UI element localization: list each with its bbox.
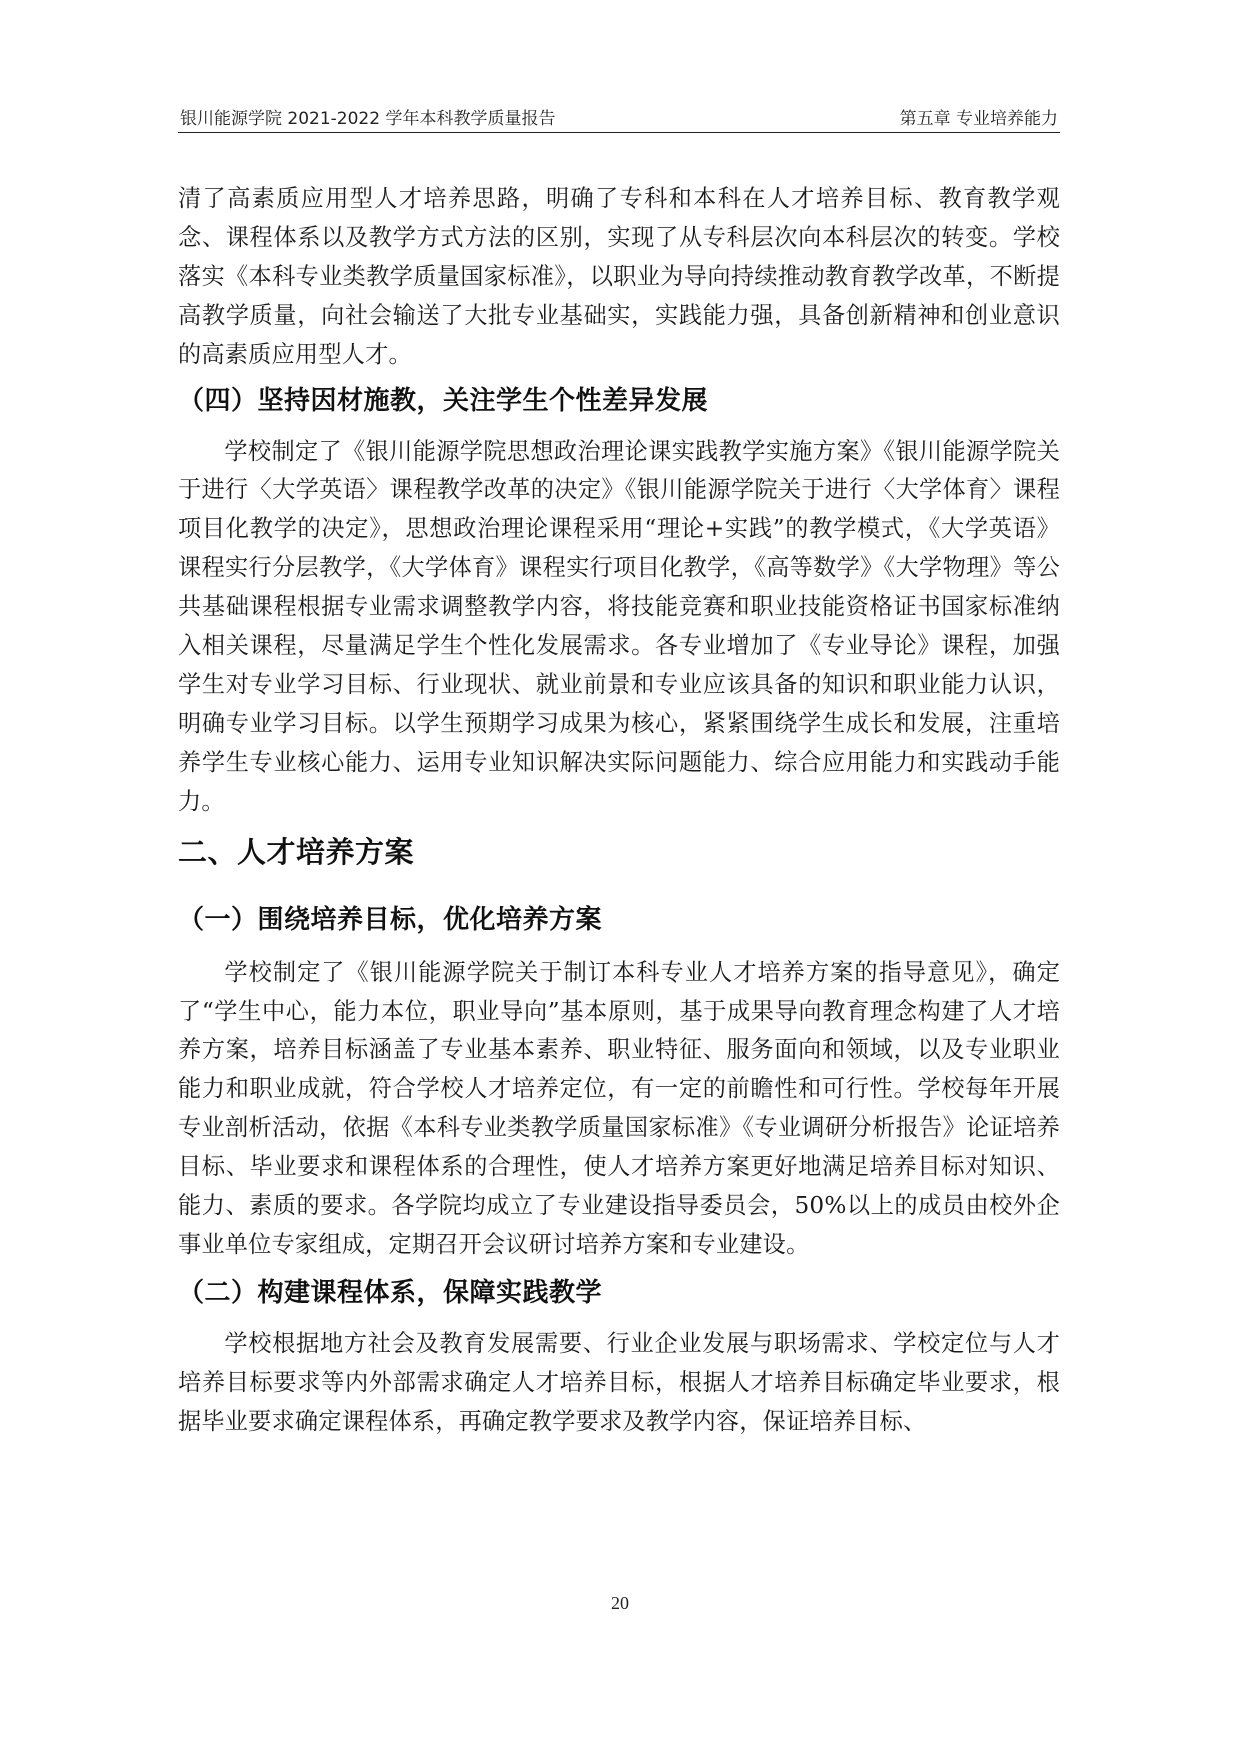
section-2-1-paragraph: 学校制定了《银川能源学院关于制订本科专业人才培养方案的指导意见》，确定了“学生中… <box>178 954 1060 1265</box>
section-heading-4: （四）坚持因材施教，关注学生个性差异发展 <box>178 381 1060 421</box>
chapter-title: 第五章 专业培养能力 <box>900 104 1058 129</box>
chapter-heading-2: 二、人才培养方案 <box>178 830 1060 874</box>
section-2-2-paragraph: 学校根据地方社会及教育发展需要、行业企业发展与职场需求、学校定位与人才培养目标要… <box>178 1325 1060 1442</box>
page-header: 银川能源学院 2021-2022 学年本科教学质量报告 第五章 专业培养能力 <box>178 100 1060 133</box>
page-number: 20 <box>0 1593 1240 1614</box>
section-4-paragraph: 学校制定了《银川能源学院思想政治理论课实践教学实施方案》《银川能源学院关于进行〈… <box>178 433 1060 822</box>
section-heading-2-1: （一）围绕培养目标，优化培养方案 <box>178 900 1060 940</box>
page-content: 清了高素质应用型人才培养思路，明确了专科和本科在人才培养目标、教育教学观念、课程… <box>178 180 1060 1442</box>
section-heading-2-2: （二）构建课程体系，保障实践教学 <box>178 1273 1060 1313</box>
intro-paragraph: 清了高素质应用型人才培养思路，明确了专科和本科在人才培养目标、教育教学观念、课程… <box>178 180 1060 375</box>
report-title: 银川能源学院 2021-2022 学年本科教学质量报告 <box>180 104 555 129</box>
